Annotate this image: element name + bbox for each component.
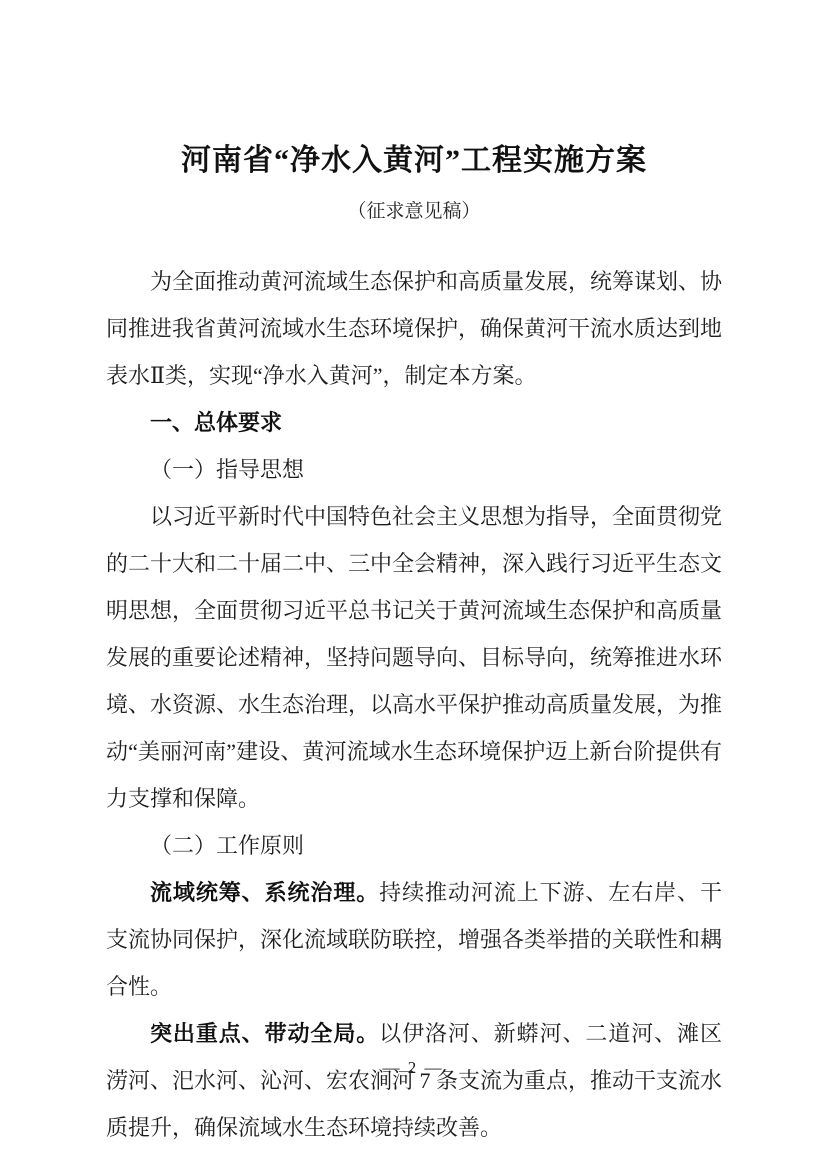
page-number: — 2 — <box>0 1058 826 1078</box>
paragraph-principle-key-focus: 突出重点、带动全局。以伊洛河、新蟒河、二道河、滩区涝河、汜水河、沁河、宏农涧河 … <box>106 1010 722 1151</box>
document-page: 河南省“净水入黄河”工程实施方案 （征求意见稿） 为全面推动黄河流域生态保护和高… <box>0 0 826 1169</box>
document-body: 为全面推动黄河流域生态保护和高质量发展，统筹谋划、协同推进我省黄河流域水生态环境… <box>106 258 722 1151</box>
paragraph-bold-lead: 突出重点、带动全局。 <box>150 1021 379 1046</box>
paragraph-principle-basin-coordination: 流域统筹、系统治理。持续推动河流上下游、左右岸、干支流协同保护，深化流域联防联控… <box>106 869 722 1010</box>
document-content: 河南省“净水入黄河”工程实施方案 （征求意见稿） 为全面推动黄河流域生态保护和高… <box>106 140 722 1151</box>
paragraph-bold-lead: 流域统筹、系统治理。 <box>150 880 379 905</box>
paragraph-intro: 为全面推动黄河流域生态保护和高质量发展，统筹谋划、协同推进我省黄河流域水生态环境… <box>106 258 722 399</box>
document-subtitle: （征求意见稿） <box>106 198 722 226</box>
paragraph-guiding-ideology: 以习近平新时代中国特色社会主义思想为指导，全面贯彻党的二十大和二十届二中、三中全… <box>106 493 722 822</box>
subsection-heading-guiding-ideology: （一）指导思想 <box>106 446 722 493</box>
section-heading-overall-requirements: 一、总体要求 <box>106 399 722 446</box>
document-title: 河南省“净水入黄河”工程实施方案 <box>106 140 722 182</box>
subsection-heading-working-principles: （二）工作原则 <box>106 822 722 869</box>
